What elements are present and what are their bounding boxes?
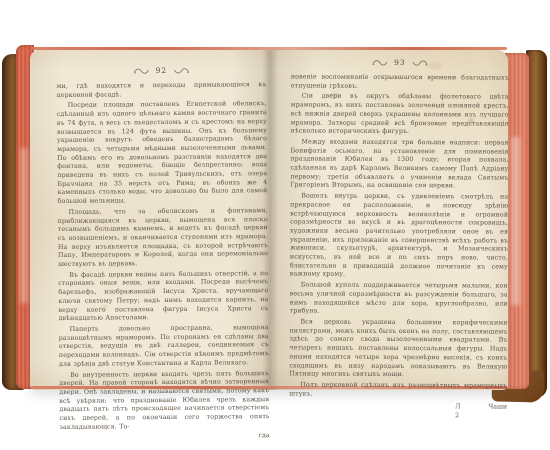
catchword: гда xyxy=(60,432,270,443)
paragraph: Паперть довольно пространна, вымощена ра… xyxy=(59,324,269,369)
paragraph: Площадь, что за обелискомъ и фонтанами, … xyxy=(58,207,269,270)
right-page: 93 новеніе воспоминаніе открывшагося вре… xyxy=(289,57,509,421)
right-page-header: 93 xyxy=(291,57,509,67)
paragraph: Во внутренность церкви входятъ чрезъ пят… xyxy=(59,370,270,433)
page-edge-top-stain xyxy=(31,47,507,50)
catchword: Чаши xyxy=(488,404,507,413)
paragraph: Вся церковь украшена большими корифическ… xyxy=(289,318,507,380)
spacer xyxy=(289,408,455,409)
signature-catchword-row: Л 2 Чаши xyxy=(289,403,507,422)
left-page-header: 92 xyxy=(56,65,266,76)
signature-mark: Л 2 xyxy=(455,404,460,421)
floral-ornament-icon xyxy=(372,58,388,66)
paragraph: Вошелъ внутрь церкви, съ удивленіемъ смо… xyxy=(290,193,508,281)
floral-ornament-icon xyxy=(134,67,150,75)
floral-ornament-icon xyxy=(173,66,189,74)
left-page: 92 ми, гдѣ находятся и переходы примыкаю… xyxy=(56,65,269,443)
book-cover-right xyxy=(526,50,547,398)
paragraph: Посреди площади поставленъ Египетской об… xyxy=(57,100,268,206)
paragraph: Большой куполъ поддерживается четырьмя м… xyxy=(290,282,508,318)
page-number: 93 xyxy=(394,58,406,67)
paragraph: Между входами находятся три большія надп… xyxy=(290,138,508,191)
paragraph: Въ фасадѣ церкви видны пять большихъ отв… xyxy=(58,270,268,324)
photo-background: 92 ми, гдѣ находятся и переходы примыкаю… xyxy=(0,0,550,450)
paragraph: ми, гдѣ находятся и переходы примыкающіе… xyxy=(57,81,267,100)
page-number: 92 xyxy=(156,66,168,75)
paragraph: Полъ церковной сдѣланъ изъ разноцвѣтныхъ… xyxy=(289,381,507,400)
paragraph: новеніе воспоминаніе открывшагося времен… xyxy=(291,73,509,92)
floral-ornament-icon xyxy=(412,59,428,67)
paragraph: Сіи двери въ округъ обдѣланы фіолетоваго… xyxy=(291,93,509,138)
